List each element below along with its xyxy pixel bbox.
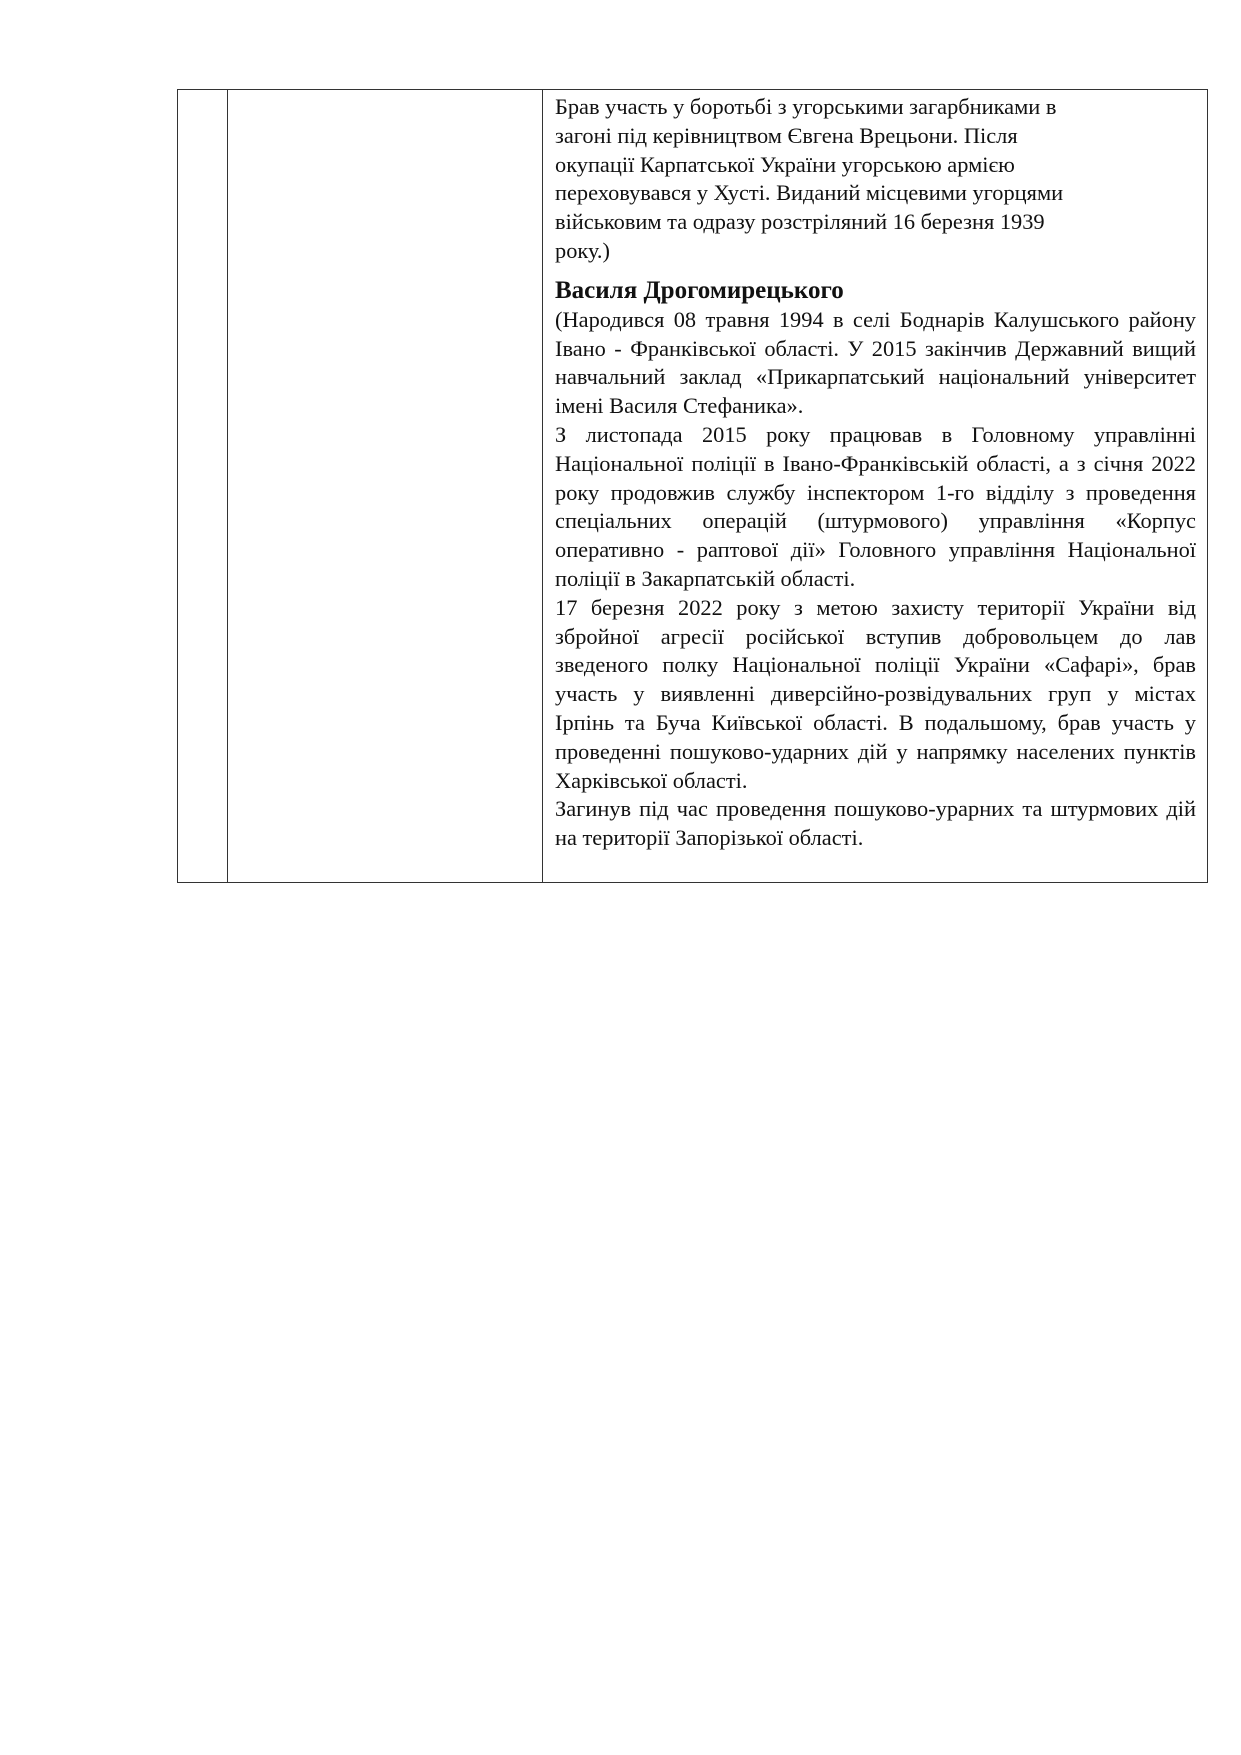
biography-paragraph: Загинув під час проведення пошуково-урар…: [555, 795, 1196, 853]
intro-line: Брав участь у боротьбі з угорськими зага…: [555, 93, 1196, 122]
biography-paragraph: 17 березня 2022 року з метою захисту тер…: [555, 594, 1196, 796]
intro-line: окупації Карпатської України угорською а…: [555, 151, 1196, 180]
intro-line: року.): [555, 237, 1196, 266]
table-row: Брав участь у боротьбі з угорськими зага…: [178, 90, 1208, 883]
intro-line: військовим та одразу розстріляний 16 бер…: [555, 208, 1196, 237]
biography-paragraph: (Народився 08 травня 1994 в селі Боднарі…: [555, 306, 1196, 421]
biography-paragraph: З листопада 2015 року працював в Головно…: [555, 421, 1196, 594]
intro-paragraph: Брав участь у боротьбі з угорськими зага…: [555, 93, 1196, 266]
person-name-heading: Василя Дрогомирецького: [555, 276, 1196, 306]
intro-line: переховувався у Хусті. Виданий місцевими…: [555, 179, 1196, 208]
description-cell: Брав участь у боротьбі з угорськими зага…: [543, 90, 1208, 883]
memorial-table: Брав участь у боротьбі з угорськими зага…: [177, 89, 1208, 883]
intro-line: загоні під керівництвом Євгена Врецьони.…: [555, 122, 1196, 151]
number-cell: [178, 90, 228, 883]
name-cell: [228, 90, 543, 883]
